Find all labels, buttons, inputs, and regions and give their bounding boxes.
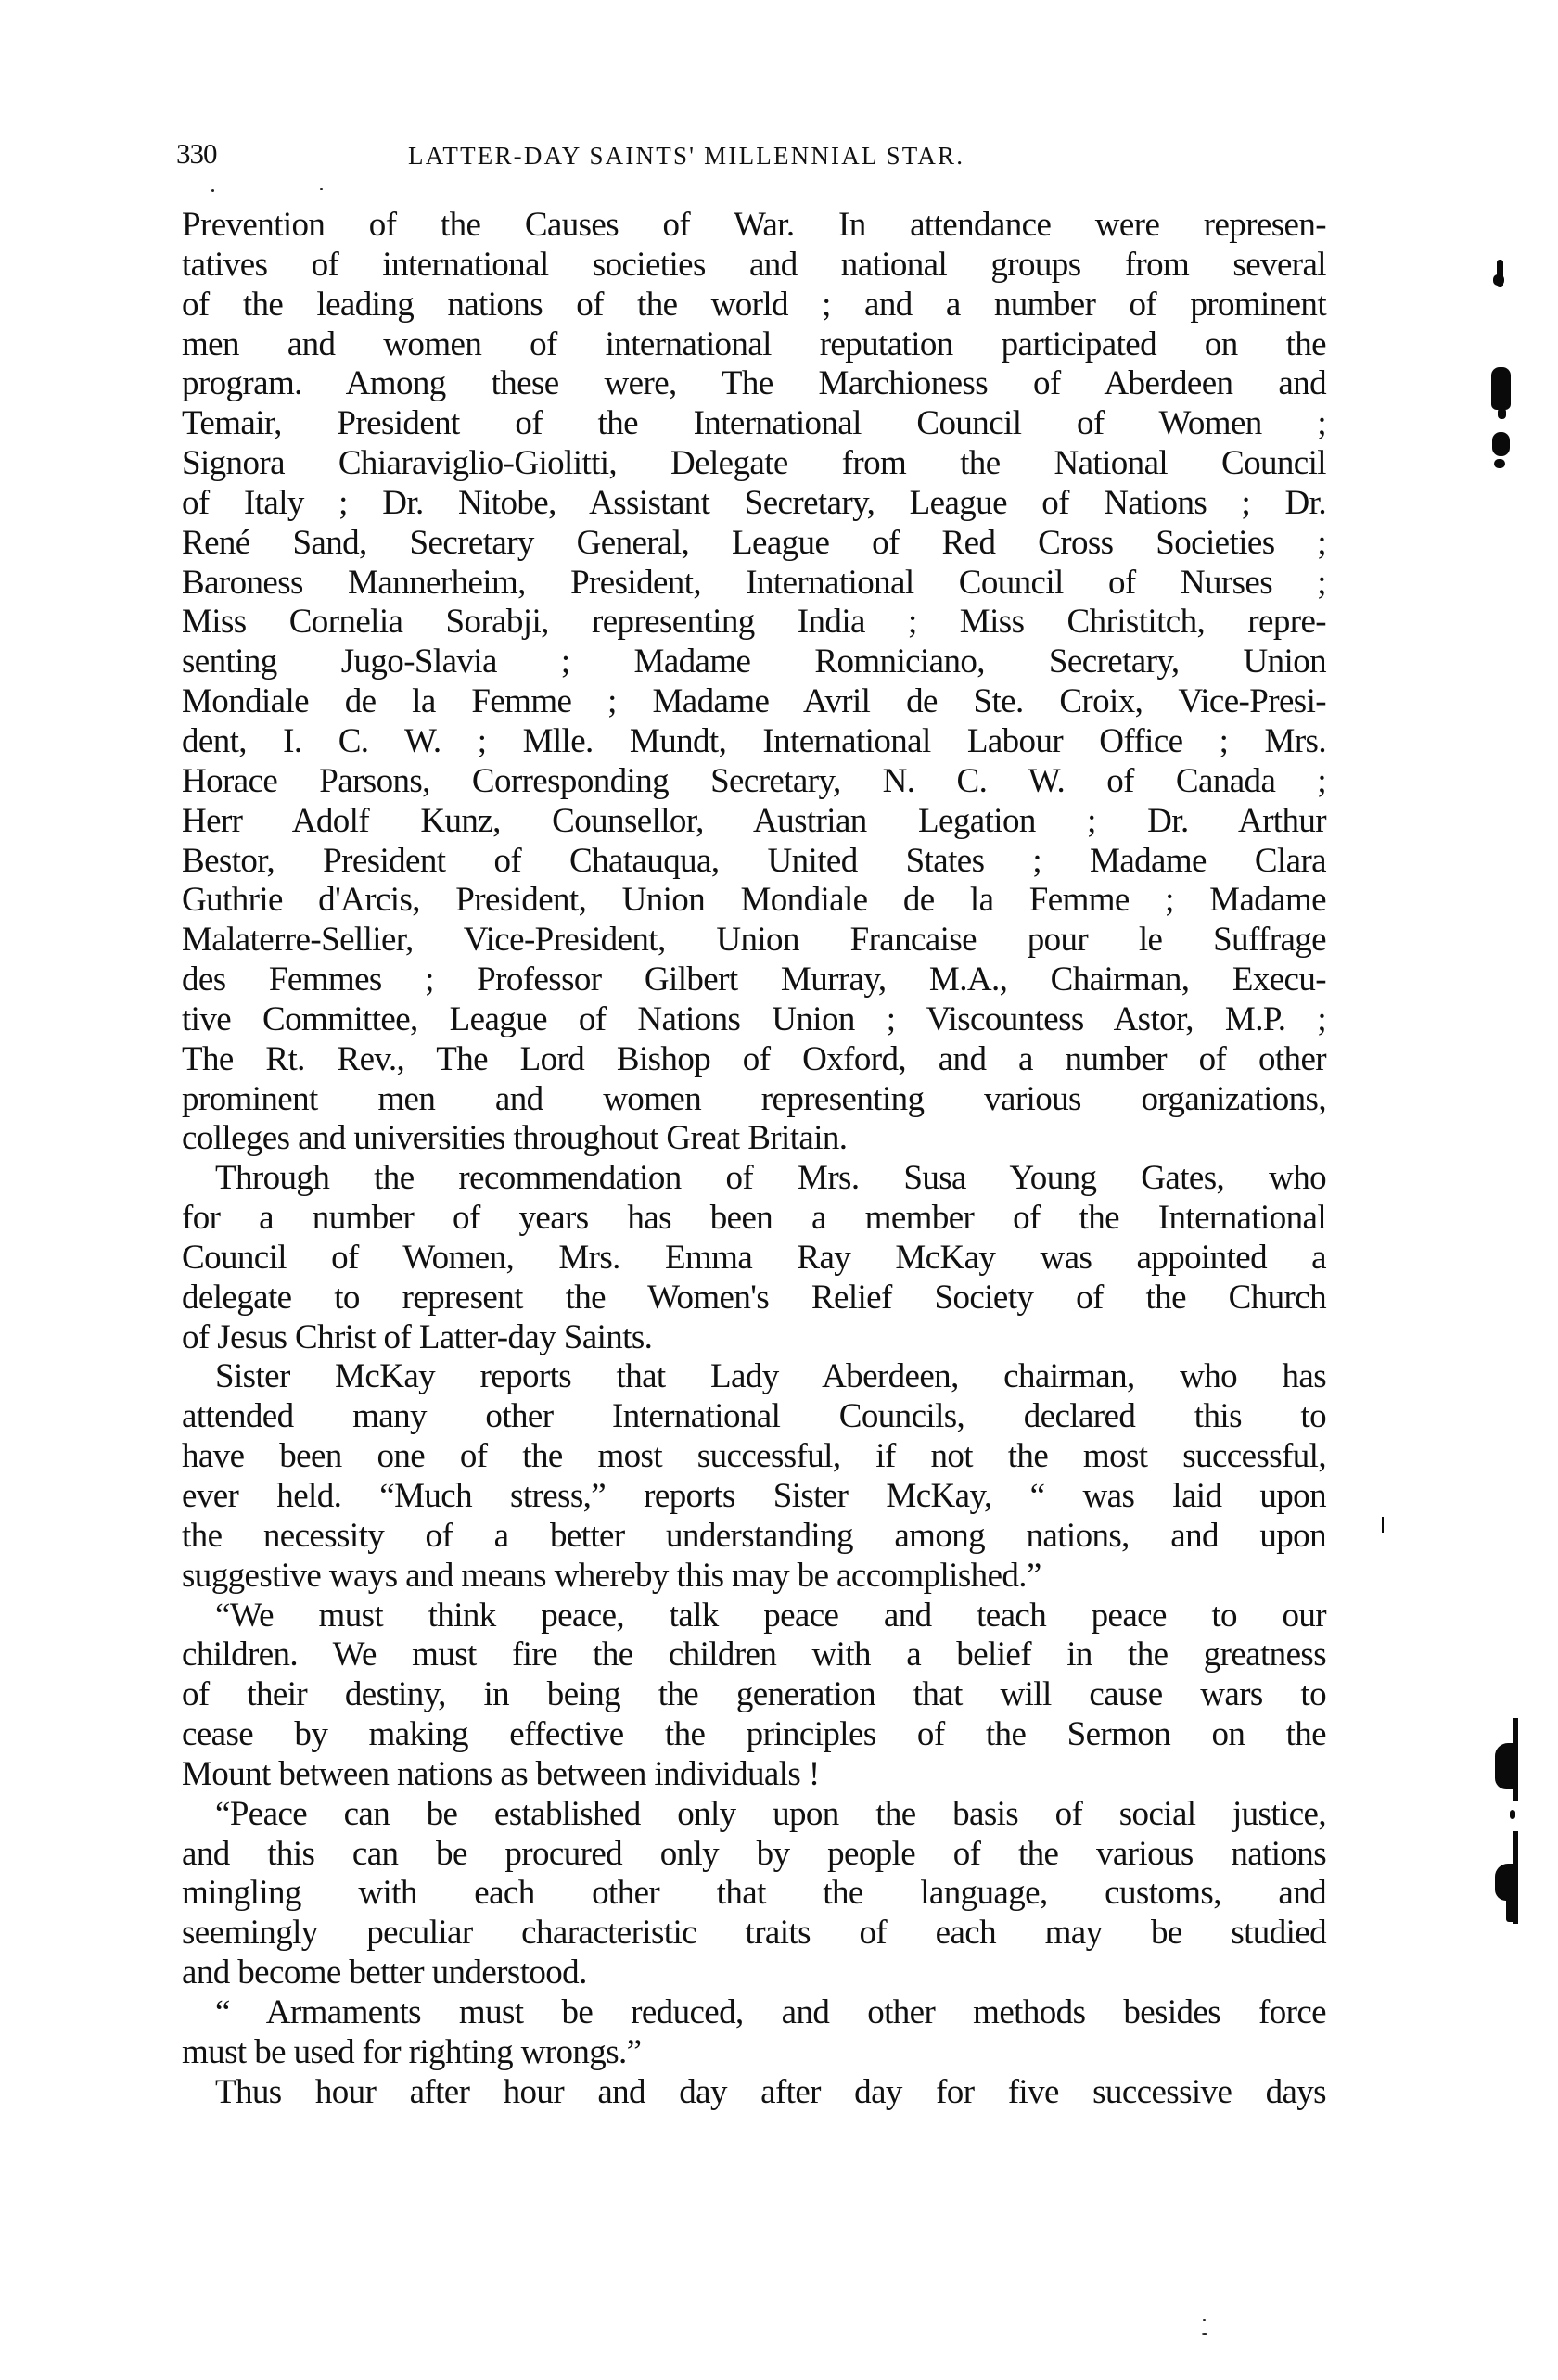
text-line: of Italy ; Dr. Nitobe, Assistant Secreta… <box>182 484 1326 524</box>
page-number: 330 <box>176 135 217 172</box>
text-line: Signora Chiaraviglio-Giolitti, Delegate … <box>182 444 1326 484</box>
text-line: Prevention of the Causes of War. In atte… <box>182 206 1326 246</box>
text-line: of Jesus Christ of Latter-day Saints. <box>182 1318 1326 1358</box>
text-line: of their destiny, in being the generatio… <box>182 1675 1326 1715</box>
text-line: tatives of international societies and n… <box>182 246 1326 286</box>
ink-blot-mark <box>1510 1810 1515 1819</box>
text-line: ever held. “Much stress,” reports Sister… <box>182 1477 1326 1517</box>
text-line: Miss Cornelia Sorabji, representing Indi… <box>182 603 1326 643</box>
ink-blot-mark <box>1506 1896 1517 1922</box>
text-line: men and women of international reputatio… <box>182 325 1326 365</box>
text-line: Bestor, President of Chatauqua, United S… <box>182 842 1326 882</box>
text-line: children. We must fire the children with… <box>182 1635 1326 1675</box>
scan-speck <box>1202 2333 1207 2335</box>
text-line: suggestive ways and means whereby this m… <box>182 1557 1326 1597</box>
text-line: cease by making effective the principles… <box>182 1715 1326 1755</box>
text-line: for a number of years has been a member … <box>182 1199 1326 1239</box>
text-line: Thus hour after hour and day after day f… <box>182 2073 1326 2113</box>
text-line: Council of Women, Mrs. Emma Ray McKay wa… <box>182 1239 1326 1279</box>
ink-blot-mark <box>1494 459 1505 468</box>
text-line: prominent men and women representing var… <box>182 1080 1326 1120</box>
ink-blot-mark <box>1491 367 1511 410</box>
text-line: seemingly peculiar characteristic traits… <box>182 1914 1326 1954</box>
text-line: “Peace can be established only upon the … <box>182 1795 1326 1835</box>
scan-speck <box>320 188 323 190</box>
text-line: Herr Adolf Kunz, Counsellor, Austrian Le… <box>182 802 1326 842</box>
ink-blot-mark <box>1495 1864 1517 1901</box>
text-line: Baroness Mannerheim, President, Internat… <box>182 564 1326 604</box>
text-line: Mondiale de la Femme ; Madame Avril de S… <box>182 682 1326 722</box>
ink-blot-mark <box>1492 432 1510 456</box>
text-line: Temair, President of the International C… <box>182 404 1326 444</box>
text-line: delegate to represent the Women's Relief… <box>182 1279 1326 1318</box>
ink-blot-mark <box>1493 274 1504 286</box>
text-line: Guthrie d'Arcis, President, Union Mondia… <box>182 881 1326 921</box>
text-line: Through the recommendation of Mrs. Susa … <box>182 1159 1326 1199</box>
body-text: Prevention of the Causes of War. In atte… <box>182 206 1326 2113</box>
text-line: “We must think peace, talk peace and tea… <box>182 1597 1326 1636</box>
text-line: senting Jugo-Slavia ; Madame Romniciano,… <box>182 643 1326 682</box>
text-line: The Rt. Rev., The Lord Bishop of Oxford,… <box>182 1040 1326 1080</box>
text-line: must be used for righting wrongs.” <box>182 2033 1326 2073</box>
text-line: have been one of the most successful, if… <box>182 1437 1326 1477</box>
scan-speck <box>1203 2319 1206 2321</box>
text-line: and become better understood. <box>182 1954 1326 1993</box>
text-line: dent, I. C. W. ; Mlle. Mundt, Internatio… <box>182 722 1326 762</box>
text-line: Malaterre-Sellier, Vice-President, Union… <box>182 921 1326 961</box>
page-header: 330 LATTER-DAY SAINTS' MILLENNIAL STAR. <box>176 135 1326 172</box>
text-line: the necessity of a better understanding … <box>182 1517 1326 1557</box>
ink-blot-mark <box>1495 1743 1517 1789</box>
text-line: tive Committee, League of Nations Union … <box>182 1000 1326 1040</box>
text-line: and this can be procured only by people … <box>182 1835 1326 1875</box>
text-line: of the leading nations of the world ; an… <box>182 286 1326 325</box>
text-line: program. Among these were, The Marchione… <box>182 364 1326 404</box>
ink-tick-mark <box>1382 1517 1384 1533</box>
text-line: “ Armaments must be reduced, and other m… <box>182 1993 1326 2033</box>
text-line: mingling with each other that the langua… <box>182 1874 1326 1914</box>
text-line: Horace Parsons, Corresponding Secretary,… <box>182 762 1326 802</box>
running-title: LATTER-DAY SAINTS' MILLENNIAL STAR. <box>408 137 964 174</box>
text-line: Sister McKay reports that Lady Aberdeen,… <box>182 1357 1326 1397</box>
text-line: Mount between nations as between individ… <box>182 1755 1326 1795</box>
text-line: colleges and universities throughout Gre… <box>182 1119 1326 1159</box>
text-line: attended many other International Counci… <box>182 1397 1326 1437</box>
text-line: René Sand, Secretary General, League of … <box>182 524 1326 564</box>
scan-speck <box>211 189 214 192</box>
text-line: des Femmes ; Professor Gilbert Murray, M… <box>182 961 1326 1000</box>
ink-blot-mark <box>1498 408 1506 419</box>
